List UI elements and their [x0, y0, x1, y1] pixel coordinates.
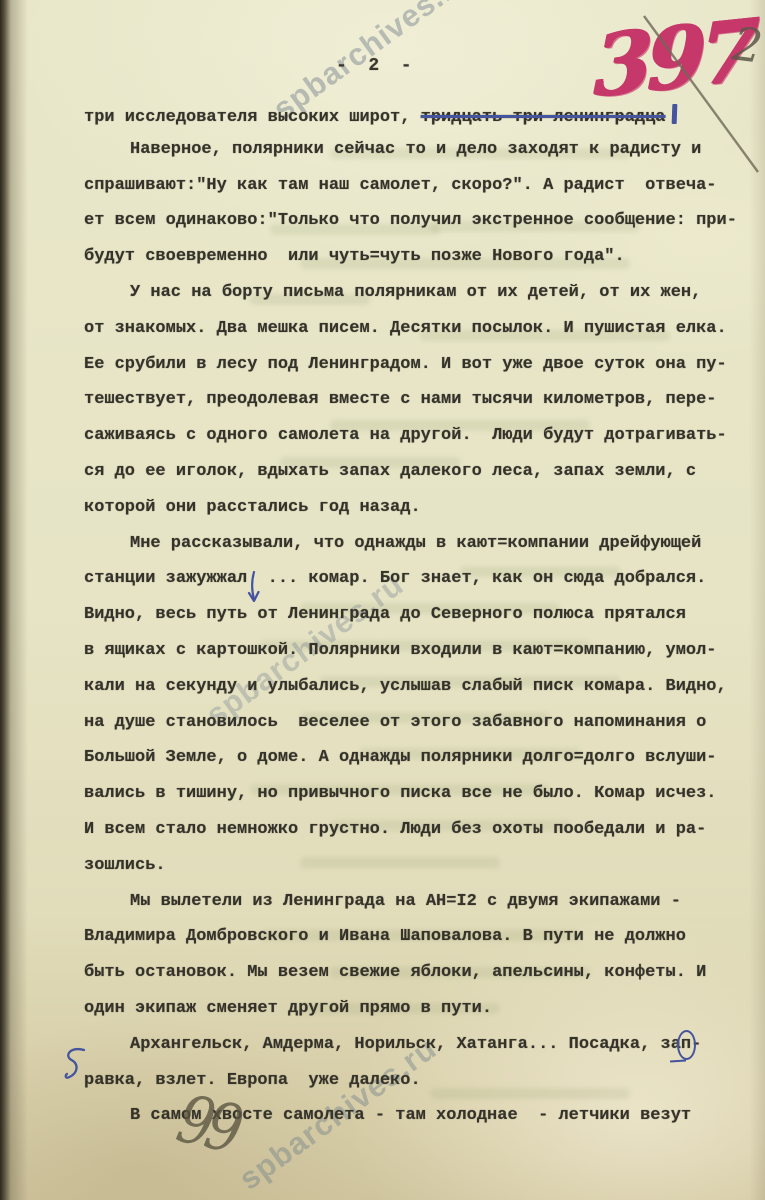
text-segment: которой они расстались год назад.	[84, 498, 421, 517]
text-segment: равка, взлет. Европа уже далеко.	[84, 1071, 421, 1090]
text-segment: в ящиках с картошкой. Полярники входили …	[84, 641, 717, 660]
text-line: на душе становилось веселее от этого заб…	[84, 713, 756, 749]
text-segment: Мне рассказывали, что однажды в кают=ком…	[130, 534, 701, 553]
text-line: в ящиках с картошкой. Полярники входили …	[84, 641, 756, 677]
text-segment: спрашивают:"Ну как там наш самолет, скор…	[84, 176, 717, 195]
text-line: станции зажужжал ... комар. Бог знает, к…	[84, 569, 756, 605]
insertion-arrow-icon	[246, 571, 262, 611]
text-line: тешествует, преодолевая вместе с нами ты…	[84, 390, 756, 426]
text-segment: У нас на борту письма полярникам от их д…	[130, 283, 701, 302]
text-segment: один экипаж сменяет другой прямо в пути.	[84, 999, 492, 1018]
text-segment: Архангельск, Амдерма, Норильск, Хатанга.…	[130, 1035, 681, 1054]
text-line: будут своевременно или чуть=чуть позже Н…	[84, 247, 756, 283]
text-line: У нас на борту письма полярникам от их д…	[84, 283, 756, 319]
text-segment: на душе становилось веселее от этого заб…	[84, 713, 706, 732]
text-line: Видно, весь путь от Ленинграда до Северн…	[84, 605, 756, 641]
circled-char: п	[681, 1035, 691, 1054]
text-line: один экипаж сменяет другой прямо в пути.	[84, 999, 756, 1035]
text-line: ет всем одинаково:"Только что получил эк…	[84, 211, 756, 247]
text-segment: быть остановок. Мы везем свежие яблоки, …	[84, 963, 706, 982]
text-line: три исследователя высоких широт, тридцат…	[84, 104, 756, 140]
strike-end-tick-icon	[671, 104, 677, 124]
text-segment: Владимира Домбровского и Ивана Шаповалов…	[84, 927, 686, 946]
text-segment: ет всем одинаково:"Только что получил эк…	[84, 211, 737, 230]
scan-left-edge-shadow	[0, 0, 28, 1200]
text-line: зошлись.	[84, 856, 756, 892]
text-line: которой они расстались год назад.	[84, 498, 756, 534]
text-segment: Видно, весь путь от Ленинграда до Северн…	[84, 605, 686, 624]
text-line: И всем стало немножко грустно. Люди без …	[84, 820, 756, 856]
text-line: спрашивают:"Ну как там наш самолет, скор…	[84, 176, 756, 212]
pencil-corner-number: 2	[730, 16, 765, 73]
text-line: Большой Земле, о доме. А однажды полярни…	[84, 748, 756, 784]
text-segment: три исследователя высоких широт,	[84, 108, 421, 127]
text-line: Ее срубили в лесу под Ленинградом. И вот…	[84, 355, 756, 391]
text-line: Владимира Домбровского и Ивана Шаповалов…	[84, 927, 756, 963]
page-number-header: - 2 -	[336, 56, 412, 76]
text-line: быть остановок. Мы везем свежие яблоки, …	[84, 963, 756, 999]
struck-text: тридцать три ленинградца	[421, 108, 666, 127]
text-segment: Большой Земле, о доме. А однажды полярни…	[84, 748, 717, 767]
text-segment: от знакомых. Два мешка писем. Десятки по…	[84, 319, 727, 338]
text-line: кали на секунду и улыбались, услышав сла…	[84, 677, 756, 713]
text-segment: зошлись.	[84, 856, 166, 875]
text-line: Наверное, полярники сейчас то и дело зах…	[84, 140, 756, 176]
correction-hook-icon	[62, 1046, 88, 1086]
text-line: саживаясь с одного самолета на другой. Л…	[84, 426, 756, 462]
text-segment: станции зажужжал ... комар. Бог знает, к…	[84, 569, 706, 588]
text-segment: кали на секунду и улыбались, услышав сла…	[84, 677, 727, 696]
text-segment: Мы вылетели из Ленинграда на АН=I2 с дву…	[130, 892, 681, 911]
text-segment: саживаясь с одного самолета на другой. Л…	[84, 426, 727, 445]
text-segment: Ее срубили в лесу под Ленинградом. И вот…	[84, 355, 727, 374]
text-segment: тешествует, преодолевая вместе с нами ты…	[84, 390, 717, 409]
text-line: Архангельск, Амдерма, Норильск, Хатанга.…	[84, 1035, 756, 1071]
text-line: вались в тишину, но привычного писка все…	[84, 784, 756, 820]
text-line: Мне рассказывали, что однажды в кают=ком…	[84, 534, 756, 570]
typewritten-body: три исследователя высоких широт, тридцат…	[84, 104, 756, 1142]
scanned-typescript-page: spbarchives.ru spbarchives.ru spbarchive…	[0, 0, 765, 1200]
text-segment: вались в тишину, но привычного писка все…	[84, 784, 717, 803]
text-segment: ся до ее иголок, вдыхать запах далекого …	[84, 462, 696, 481]
text-line: от знакомых. Два мешка писем. Десятки по…	[84, 319, 756, 355]
text-segment: Наверное, полярники сейчас то и дело зах…	[130, 140, 701, 159]
text-line: Мы вылетели из Ленинграда на АН=I2 с дву…	[84, 892, 756, 928]
text-segment: И всем стало немножко грустно. Люди без …	[84, 820, 706, 839]
text-segment: будут своевременно или чуть=чуть позже Н…	[84, 247, 625, 266]
text-line: ся до ее иголок, вдыхать запах далекого …	[84, 462, 756, 498]
